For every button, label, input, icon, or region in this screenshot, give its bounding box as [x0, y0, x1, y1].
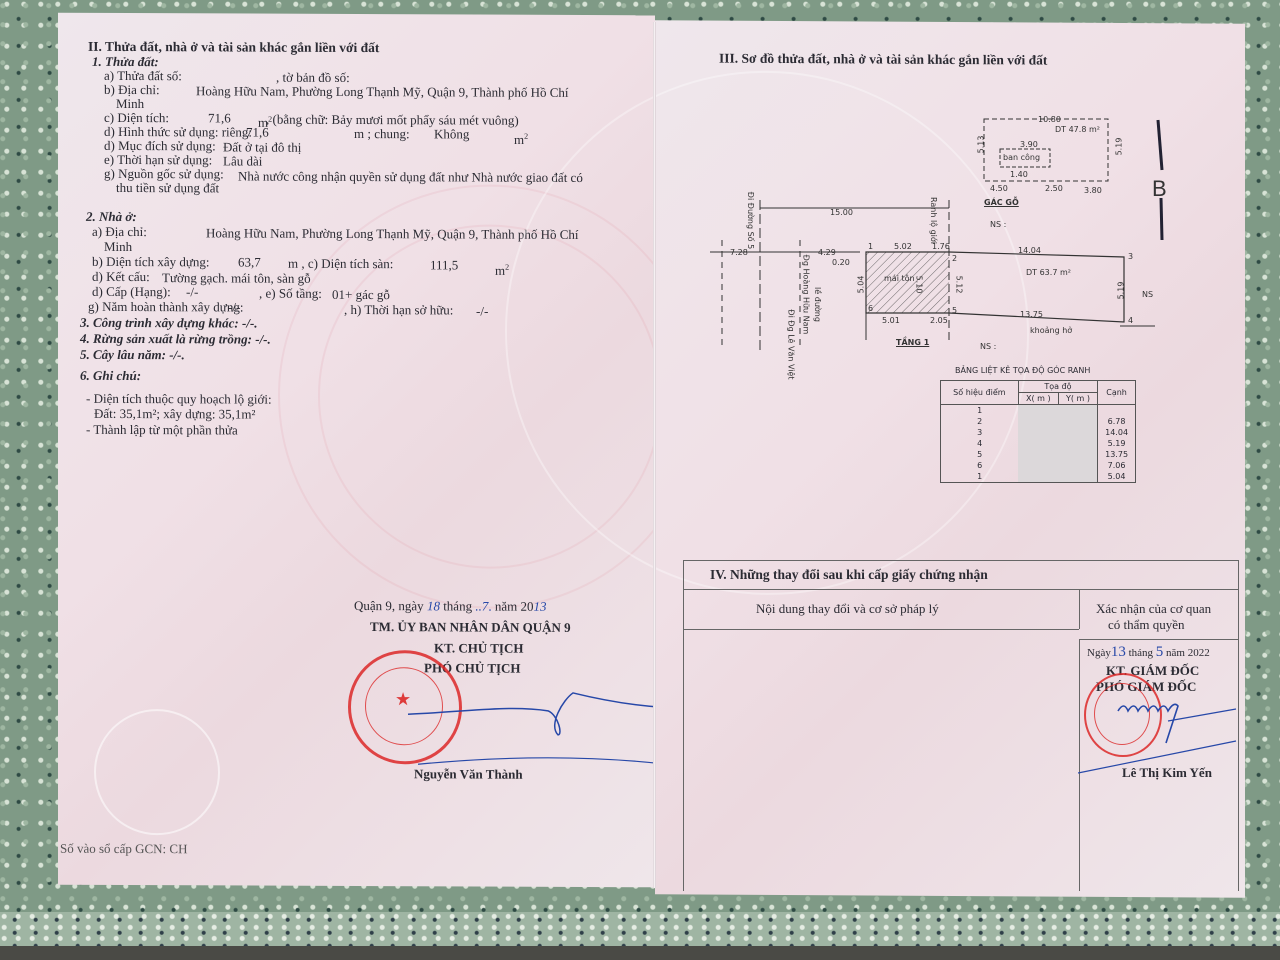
land-area-value: 71,6	[208, 110, 231, 125]
edge-cell: 5.04	[1098, 471, 1136, 483]
date-month: 5	[1156, 644, 1164, 660]
sign-date-line: Quận 9, ngày 18 tháng ..7. năm 2013	[354, 598, 546, 614]
floor-background	[0, 912, 1280, 960]
col-confirm-cont: có thẩm quyền	[1108, 617, 1185, 632]
ownership-term-label: , h) Thời hạn sở hữu:	[344, 302, 453, 317]
section-iii-title: III. Sơ đồ thửa đất, nhà ở và tài sản kh…	[719, 51, 1047, 68]
coord-row: 314.04	[941, 427, 1136, 438]
x-cell	[1018, 460, 1058, 471]
point-label: 4	[1128, 316, 1133, 325]
x-cell	[1018, 416, 1058, 427]
point-label: 2	[952, 254, 957, 263]
dim-label: 5.02	[894, 242, 912, 251]
coord-table-title: BẢNG LIỆT KÊ TỌA ĐỘ GÓC RANH	[955, 366, 1090, 375]
changes-title: IV. Những thay đổi sau khi cấp giấy chứn…	[710, 567, 988, 582]
dim-label: 3.80	[1084, 186, 1102, 195]
dim-label: 5.04	[856, 276, 865, 294]
attic-label: GÁC GỖ	[984, 198, 1019, 207]
dim-label: 5.01	[882, 316, 900, 325]
confirm-date: Ngày13 tháng 5 năm 2022	[1087, 645, 1210, 661]
balcony-label: ban công	[1003, 153, 1040, 162]
land-address-label: b) Địa chỉ:	[104, 82, 160, 97]
col-coords: Tọa độ	[1018, 381, 1097, 393]
dim-label: 5.10	[914, 276, 923, 294]
forest: 4. Rừng sản xuất là rừng trồng: -/-.	[80, 331, 271, 347]
note-item: - Diện tích thuộc quy hoạch lộ giới:	[86, 391, 272, 407]
roof-label: mái tôn	[884, 274, 915, 283]
road-label: Đg Hoàng Hữu Nam	[801, 255, 810, 335]
attic-area: DT 47.8 m²	[1055, 125, 1100, 134]
col-y: Y( m )	[1058, 393, 1097, 405]
dim-label: 13.75	[1020, 310, 1043, 319]
diagram-lines	[700, 90, 1180, 370]
edge-cell: 6.78	[1098, 416, 1136, 427]
y-cell	[1058, 438, 1097, 449]
term-value: Lâu dài	[223, 153, 262, 168]
ns-label: NS :	[990, 220, 1006, 229]
boundary-label: Ranh lộ giới	[929, 197, 938, 244]
ns-label-bottom: NS :	[980, 342, 996, 351]
other-construction: 3. Công trình xây dựng khác: -/-.	[80, 315, 258, 331]
dim-label: 14.04	[1018, 246, 1041, 255]
y-cell	[1058, 449, 1097, 460]
ground-area: DT 63.7 m²	[1026, 268, 1071, 277]
grade-label: d) Cấp (Hạng):	[92, 284, 171, 299]
signer-name: Nguyễn Văn Thành	[414, 766, 523, 781]
dim-label: 5.12	[954, 276, 963, 294]
build-area-label: b) Diện tích xây dựng:	[92, 254, 210, 270]
usage-form-private: 71,6	[246, 125, 269, 140]
dim-label: 4.50	[990, 184, 1008, 193]
note-item: Đất: 35,1m²; xây dựng: 35,1m²	[94, 406, 255, 422]
build-area-value: 63,7	[238, 254, 261, 269]
usage-form-shared-label: m ; chung:	[354, 126, 410, 141]
col-change-content: Nội dung thay đổi và cơ sở pháp lý	[756, 601, 939, 616]
date-day: 18	[427, 598, 440, 613]
registry-number: Số vào sổ cấp GCN: CH	[60, 841, 187, 857]
date-prefix: Quận 9, ngày	[354, 598, 424, 613]
col-x: X( m )	[1018, 393, 1058, 405]
structure-label: d) Kết cấu:	[92, 269, 150, 284]
page-fold	[653, 22, 656, 888]
house-address-label: a) Địa chỉ:	[92, 224, 147, 239]
grade-value: -/-	[186, 284, 198, 299]
road-label: Đi Đg Lê Văn Việt	[787, 309, 796, 379]
point-label: 6	[868, 304, 873, 313]
edge-cell: 7.06	[1098, 460, 1136, 471]
house-heading: 2. Nhà ở:	[86, 209, 137, 224]
structure-value: Tường gạch. mái tôn, sàn gỗ	[162, 270, 311, 286]
date-prefix: Ngày	[1087, 647, 1111, 659]
point-cell: 3	[941, 427, 1019, 438]
point-cell: 1	[941, 471, 1019, 483]
dim-label: 1.40	[1010, 170, 1028, 179]
point-label: 5	[952, 306, 957, 315]
dim-label: 10.80	[1038, 115, 1061, 124]
coord-row: 15.04	[941, 471, 1136, 483]
signature	[398, 674, 668, 775]
year-label: g) Năm hoàn thành xây dựng:	[88, 299, 243, 315]
edge-cell: 13.75	[1098, 449, 1136, 460]
edge-cell	[1098, 405, 1136, 417]
y-cell	[1058, 405, 1097, 417]
point-cell: 4	[941, 438, 1019, 449]
section-mark: B	[1152, 176, 1167, 202]
dim-label: 5.13	[976, 136, 985, 154]
perennial: 5. Cây lâu năm: -/-.	[80, 347, 185, 362]
dim-label: 15.00	[830, 208, 853, 217]
x-cell	[1018, 449, 1058, 460]
y-cell	[1058, 427, 1097, 438]
ns-right: NS	[1142, 290, 1153, 299]
y-cell	[1058, 460, 1097, 471]
section-ii-title: II. Thửa đất, nhà ở và tài sản khác gắn …	[88, 39, 379, 55]
y-cell	[1058, 416, 1097, 427]
usage-form-shared: Không	[434, 126, 469, 141]
coord-row: 1	[941, 405, 1136, 417]
notes-heading: 6. Ghi chú:	[80, 368, 141, 383]
point-cell: 2	[941, 416, 1019, 427]
point-label: 3	[1128, 252, 1133, 261]
coord-row: 67.06	[941, 460, 1136, 471]
x-cell	[1018, 405, 1058, 417]
coord-row: 26.78	[941, 416, 1136, 427]
land-area-label: c) Diện tích:	[104, 110, 169, 125]
date-year-hand: 13	[533, 599, 546, 614]
dim-label: 7.28	[730, 248, 748, 257]
land-heading: 1. Thửa đất:	[92, 54, 159, 69]
road-label: Đi Đường Số 5	[746, 192, 755, 249]
signing-org: TM. ỦY BAN NHÂN DÂN QUẬN 9	[370, 619, 571, 635]
house-address-cont: Minh	[104, 239, 132, 254]
confirm-signer: Lê Thị Kim Yến	[1122, 765, 1212, 780]
dim-label: 2.50	[1045, 184, 1063, 193]
origin-cont: thu tiền sử dụng đất	[116, 180, 219, 195]
dim-label: 3.90	[1020, 140, 1038, 149]
parcel-diagram: 10.80 5.13 5.19 4.50 2.50 3.80 3.90 1.40…	[700, 90, 1180, 370]
date-day: 13	[1111, 644, 1126, 660]
edge-cell: 5.19	[1098, 438, 1136, 449]
land-address-cont: Minh	[116, 96, 144, 111]
point-cell: 1	[941, 405, 1019, 417]
coord-row: 45.19	[941, 438, 1136, 449]
col-edge: Cạnh	[1098, 381, 1136, 405]
edge-cell: 14.04	[1098, 427, 1136, 438]
land-address-value: Hoàng Hữu Nam, Phường Long Thạnh Mỹ, Quậ…	[196, 83, 569, 100]
x-cell	[1018, 427, 1058, 438]
point-label: 1	[868, 242, 873, 251]
gap-label: khoảng hở	[1030, 326, 1072, 335]
col-point: Số hiệu điểm	[941, 381, 1019, 405]
floors-label: , e) Số tầng:	[259, 286, 322, 301]
changes-section: IV. Những thay đổi sau khi cấp giấy chứn…	[683, 560, 1239, 891]
dim-label: 4.29	[818, 248, 836, 257]
unit: m	[514, 132, 524, 147]
sidewalk-label: lề đường	[813, 287, 822, 322]
coord-table: Số hiệu điểm Tọa độ Cạnh X( m ) Y( m ) 1…	[940, 380, 1136, 483]
purpose-value: Đất ở tại đô thị	[223, 139, 301, 154]
parcel-no-label: a) Thửa đất số:	[104, 68, 182, 83]
floor-area-value: 111,5	[430, 257, 458, 272]
origin-value: Nhà nước công nhận quyền sử dụng đất như…	[238, 168, 583, 185]
x-cell	[1018, 438, 1058, 449]
embossed-seal	[94, 709, 220, 836]
date-year-label: năm 20	[495, 599, 534, 614]
dim-label: 2.05	[930, 316, 948, 325]
dim-label: 0.20	[832, 258, 850, 267]
coord-row: 513.75	[941, 449, 1136, 460]
signing-role1: KT. CHỦ TỊCH	[434, 640, 523, 655]
ownership-term-value: -/-	[476, 304, 488, 319]
point-cell: 6	[941, 460, 1019, 471]
dim-label: 5.19	[1116, 282, 1125, 300]
floor-area-label: m , c) Diện tích sàn:	[288, 256, 393, 271]
x-cell	[1018, 471, 1058, 483]
date-month-label: tháng	[443, 598, 472, 613]
date-year: năm 2022	[1166, 647, 1210, 659]
col-confirm: Xác nhận của cơ quan	[1096, 601, 1211, 616]
note-item: - Thành lập từ một phần thửa	[86, 422, 238, 438]
year-value: -/-	[228, 299, 240, 314]
y-cell	[1058, 471, 1097, 483]
map-sheet-label: , tờ bản đồ số:	[276, 70, 350, 85]
unit: m	[495, 263, 505, 278]
ground-floor-label: TẦNG 1	[896, 338, 929, 347]
dim-label: 5.19	[1114, 138, 1123, 156]
floors-value: 01+ gác gỗ	[332, 287, 390, 302]
date-month-label: tháng	[1129, 647, 1153, 659]
point-cell: 5	[941, 449, 1019, 460]
